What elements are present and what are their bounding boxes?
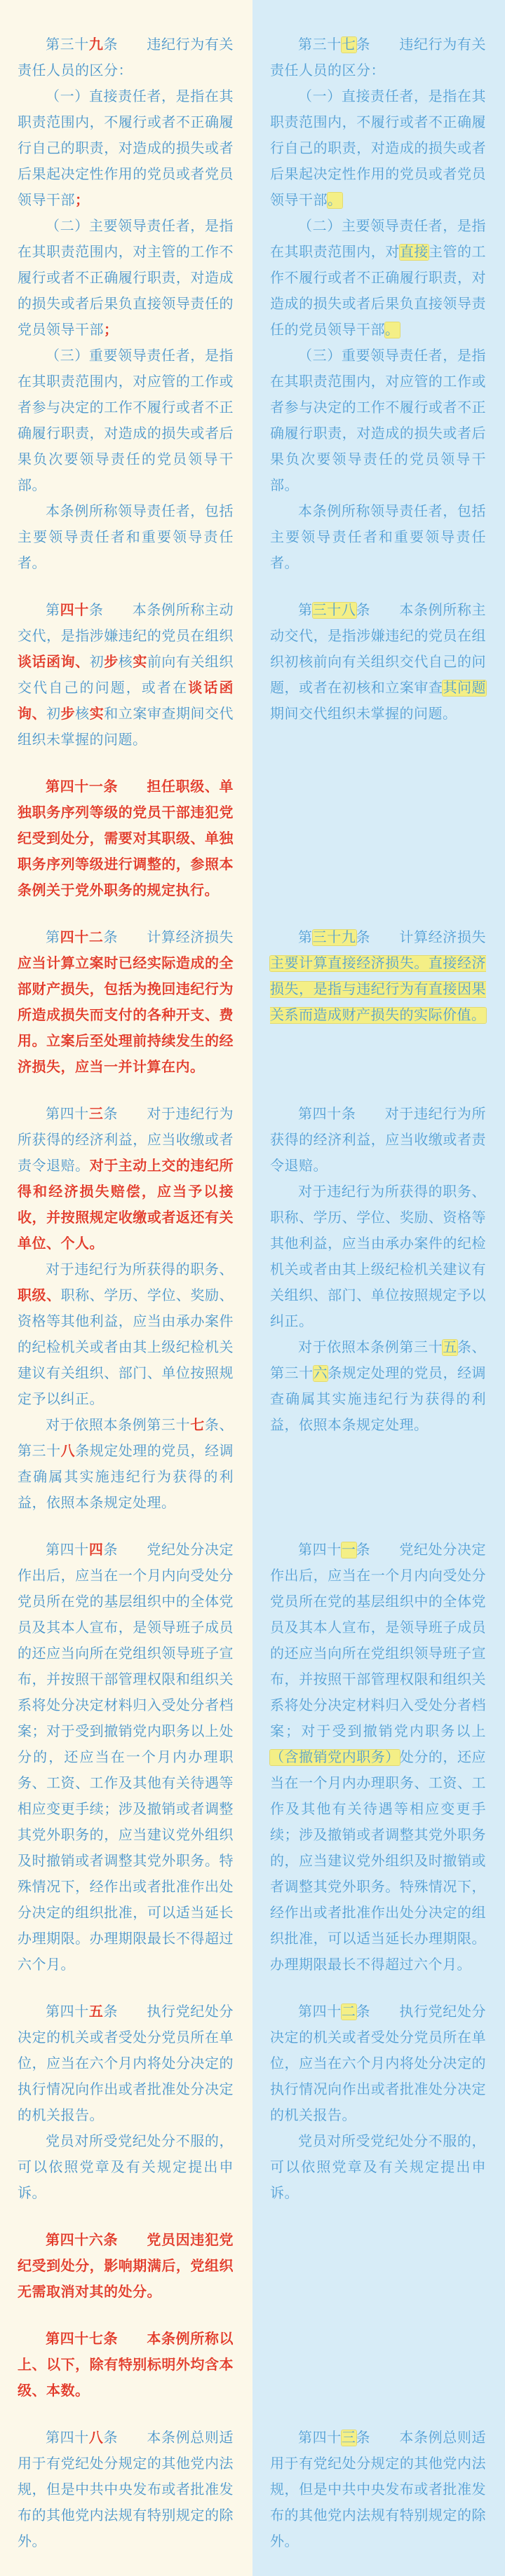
added-text: 三 — [89, 1107, 104, 1122]
added-text: 九 — [89, 37, 104, 53]
paragraph: 第三十九条 违纪行为有关责任人员的区分： — [18, 32, 234, 84]
added-text: 谈话函询、 — [18, 680, 234, 722]
highlighted-text: 三十九 — [313, 930, 356, 945]
highlighted-text: 主要计算直接经济损失。直接经济损失，是指与违纪行为有直接因果关系而造成财产损失的… — [270, 956, 486, 1023]
added-text: 谈话函询、 — [18, 655, 90, 670]
highlighted-text: 其问题 — [443, 680, 486, 696]
paragraph: 第四十一条 党纪处分决定作出后，应当在一个月内向受处分党员所在党的基层组织中的全… — [270, 1537, 486, 1978]
paragraph: （一）直接责任者，是指在其职责范围内，不履行或者不正确履行自己的职责，对造成的损… — [270, 84, 486, 214]
paragraph: 第四十五条 执行党纪处分决定的机关或者受处分党员所在单位，应当在六个月内将处分决… — [18, 1999, 234, 2129]
paragraph: （一）直接责任者，是指在其职责范围内，不履行或者不正确履行自己的职责，对造成的损… — [18, 84, 234, 214]
paragraph: 党员对所受党纪处分不服的，可以依照党章及有关规定提出申诉。 — [18, 2129, 234, 2207]
paragraph: 第三十九条 计算经济损失主要计算直接经济损失。直接经济损失，是指与违纪行为有直接… — [270, 925, 486, 1029]
added-text: 第四十七条 — [46, 2331, 118, 2347]
added-text: ； — [104, 322, 119, 338]
paragraph: 第四十一条 担任职级、单独职务序列等级的党员干部违犯党纪受到处分，需要对其职级、… — [18, 774, 234, 904]
article-left-39: 第三十九条 违纪行为有关责任人员的区分：（一）直接责任者，是指在其职责范围内，不… — [0, 32, 252, 598]
added-text: 第四十六条 — [46, 2233, 118, 2248]
article-left-42: 第四十二条 计算经济损失应当计算立案时已经实际造成的全部财产损失，包括为挽回违纪… — [0, 925, 252, 1102]
paragraph: 第三十七条 违纪行为有关责任人员的区分： — [270, 32, 486, 84]
right-spacer — [252, 774, 505, 795]
added-text: 职级、 — [18, 1288, 61, 1303]
highlighted-text: 五 — [443, 1340, 457, 1355]
highlighted-text: 。 — [385, 322, 400, 338]
paragraph: 本条例所称领导责任者，包括主要领导责任者和重要领导责任者。 — [18, 499, 234, 577]
paragraph: 第四十四条 党纪处分决定作出后，应当在一个月内向受处分党员所在党的基层组织中的全… — [18, 1537, 234, 1978]
article-right-43: 第四十三条 本条例总则适用于有党纪处分规定的其他党内法规，但是中共中央发布或者批… — [252, 2425, 505, 2576]
highlighted-text: 三 — [342, 2430, 356, 2446]
added-text: 四十二 — [60, 930, 104, 945]
highlighted-text: 六 — [314, 1366, 328, 1381]
paragraph: 对于违纪行为所获得的职务、职级、职称、学历、学位、奖励、资格等其他利益，应当由承… — [18, 1257, 234, 1413]
highlighted-text: 。 — [328, 193, 342, 208]
highlighted-text: 一 — [342, 1542, 356, 1558]
article-right-39: 第三十九条 计算经济损失主要计算直接经济损失。直接经济损失，是指与违纪行为有直接… — [252, 925, 505, 1050]
highlighted-text: 三十八 — [313, 603, 356, 618]
paragraph: （三）重要领导责任者，是指在其职责范围内，对应管的工作或者参与决定的工作不履行或… — [270, 343, 486, 499]
added-text: 四 — [89, 1542, 104, 1558]
added-text: ； — [75, 193, 90, 208]
article-left-44: 第四十四条 党纪处分决定作出后，应当在一个月内向受处分党员所在党的基层组织中的全… — [0, 1537, 252, 1999]
paragraph: 第四十条 对于违纪行为所获得的经济利益，应当收缴或者责令退赔。 — [270, 1102, 486, 1179]
right-spacer — [252, 2327, 505, 2348]
article-left-48: 第四十八条 本条例总则适用于有党纪处分规定的其他党内法规，但是中共中央发布或者批… — [0, 2425, 252, 2576]
added-text: 第四十一条 — [46, 779, 118, 795]
highlighted-text: 七 — [342, 37, 356, 53]
paragraph: 第四十二条 计算经济损失应当计算立案时已经实际造成的全部财产损失，包括为挽回违纪… — [18, 925, 234, 1081]
paragraph: 第四十二条 执行党纪处分决定的机关或者受处分党员所在单位，应当在六个月内将处分决… — [270, 1999, 486, 2129]
paragraph: 第四十八条 本条例总则适用于有党纪处分规定的其他党内法规，但是中共中央发布或者批… — [18, 2425, 234, 2555]
article-right-38: 第三十八条 本条例所称主动交代，是指涉嫌违纪的党员在组织初核前向有关组织交代自己… — [252, 598, 505, 748]
highlighted-text: 二 — [342, 2004, 356, 2020]
added-text — [118, 779, 147, 795]
added-text: 四十 — [60, 603, 89, 618]
paragraph: 对于依照本条例第三十五条、第三十六条规定处理的党员，经调查确属其实施违纪行为获得… — [270, 1335, 486, 1439]
paragraph: 第四十条 本条例所称主动交代，是指涉嫌违纪的党员在组织谈话函询、初步核实前向有关… — [18, 598, 234, 753]
highlighted-text: 直接 — [400, 245, 429, 260]
article-left-43: 第四十三条 对于违纪行为所获得的经济利益，应当收缴或者责令退赔。对于主动上交的违… — [0, 1102, 252, 1537]
added-text: 实 — [133, 655, 147, 670]
article-right-37: 第三十七条 违纪行为有关责任人员的区分：（一）直接责任者，是指在其职责范围内，不… — [252, 32, 505, 598]
paragraph: （二）主要领导责任者，是指在其职责范围内，对主管的工作不履行或者不正确履行职责，… — [18, 214, 234, 343]
paragraph: 第四十七条 本条例所称以上、以下，除有特别标明外均含本级、本数。 — [18, 2327, 234, 2404]
added-text: 五 — [89, 2004, 104, 2020]
added-text: 应当计算立案时已经实际造成的全部财产损失，包括为挽回违纪行为所造成损失而支付的各… — [18, 956, 234, 1075]
paragraph: 对于违纪行为所获得的职务、职称、学历、学位、奖励、资格等其他利益，应当由承办案件… — [270, 1179, 486, 1335]
added-text — [118, 2233, 147, 2248]
added-text: 八 — [89, 2430, 104, 2446]
paragraph: 第四十三条 本条例总则适用于有党纪处分规定的其他党内法规，但是中共中央发布或者批… — [270, 2425, 486, 2555]
paragraph: 本条例所称领导责任者，包括主要领导责任者和重要领导责任者。 — [270, 499, 486, 577]
paragraph: （三）重要领导责任者，是指在其职责范围内，对应管的工作或者参与决定的工作不履行或… — [18, 343, 234, 499]
highlighted-text: （含撤销党内职务） — [270, 1750, 400, 1765]
article-left-40: 第四十条 本条例所称主动交代，是指涉嫌违纪的党员在组织谈话函询、初步核实前向有关… — [0, 598, 252, 774]
article-right-40: 第四十条 对于违纪行为所获得的经济利益，应当收缴或者责令退赔。对于违纪行为所获得… — [252, 1102, 505, 1460]
paragraph: 党员对所受党纪处分不服的，可以依照党章及有关规定提出申诉。 — [270, 2129, 486, 2207]
article-left-46: 第四十六条 党员因违犯党纪受到处分，影响期满后，党组织无需取消对其的处分。 — [0, 2228, 252, 2327]
paragraph: （二）主要领导责任者，是指在其职责范围内，对直接主管的工作不履行或者不正确履行职… — [270, 214, 486, 343]
article-left-47: 第四十七条 本条例所称以上、以下，除有特别标明外均含本级、本数。 — [0, 2327, 252, 2425]
article-left-45: 第四十五条 执行党纪处分决定的机关或者受处分党员所在单位，应当在六个月内将处分决… — [0, 1999, 252, 2228]
article-right-41: 第四十一条 党纪处分决定作出后，应当在一个月内向受处分党员所在党的基层组织中的全… — [252, 1537, 505, 1999]
article-right-42: 第四十二条 执行党纪处分决定的机关或者受处分党员所在单位，应当在六个月内将处分决… — [252, 1999, 505, 2228]
paragraph: 第三十八条 本条例所称主动交代，是指涉嫌违纪的党员在组织初核前向有关组织交代自己… — [270, 598, 486, 727]
added-text: 八 — [61, 1444, 76, 1459]
paragraph: 第四十三条 对于违纪行为所获得的经济利益，应当收缴或者责令退赔。对于主动上交的违… — [18, 1102, 234, 1257]
added-text: 七 — [190, 1418, 205, 1433]
article-left-41: 第四十一条 担任职级、单独职务序列等级的党员干部违犯党纪受到处分，需要对其职级、… — [0, 774, 252, 925]
added-text: 担任职级、单独职务序列等级的党员干部违犯党纪受到处分，需要对其职级、单独职务序列… — [18, 779, 234, 898]
regulation-diff-comparison: 第三十九条 违纪行为有关责任人员的区分：（一）直接责任者，是指在其职责范围内，不… — [0, 0, 505, 2576]
right-spacer — [252, 2228, 505, 2249]
added-text: 步 — [104, 655, 119, 670]
added-text: 对于主动上交的违纪所得和经济损失赔偿，应当予以接收，并按照规定收缴或者返还有关单… — [18, 1158, 234, 1252]
added-text: 实 — [90, 706, 105, 722]
paragraph: 对于依照本条例第三十七条、第三十八条规定处理的党员，经调查确属其实施违纪行为获得… — [18, 1413, 234, 1516]
paragraph: 第四十六条 党员因违犯党纪受到处分，影响期满后，党组织无需取消对其的处分。 — [18, 2228, 234, 2306]
added-text: 步 — [61, 706, 76, 722]
added-text — [118, 2331, 147, 2347]
